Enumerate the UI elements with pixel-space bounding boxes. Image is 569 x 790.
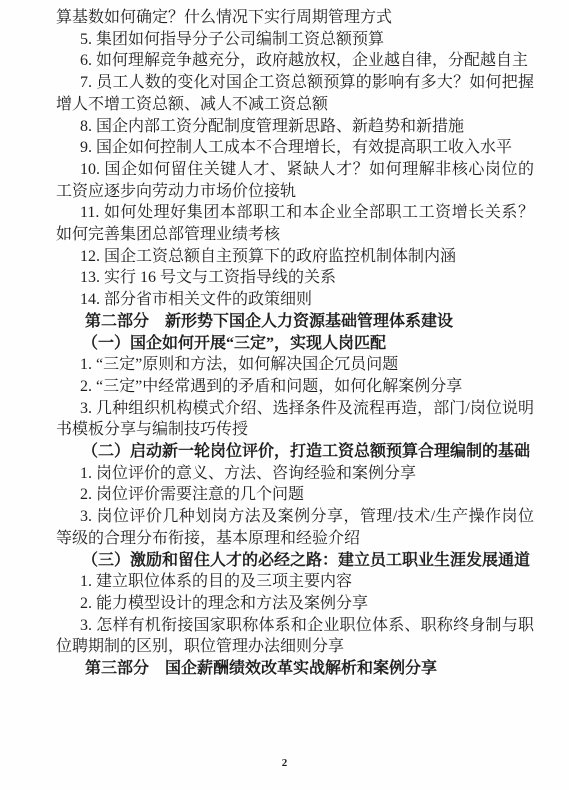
paragraph: 2. 能力模型设计的理念和方法及案例分享 bbox=[56, 593, 534, 615]
paragraph: 11. 如何处理好集团本部职工和本企业全部职工工资增长关系？如何完善集团总部管理… bbox=[56, 202, 534, 245]
paragraph: 6. 如何理解竞争越充分，政府越放权，企业越自律，分配越自主 bbox=[56, 50, 534, 72]
section-heading: （三）激励和留住人才的必经之路：建立员工职业生涯发展通道 bbox=[56, 550, 534, 572]
paragraph: 3. 岗位评价几种划岗方法及案例分享，管理/技术/生产操作岗位等级的合理分布衔接… bbox=[56, 506, 534, 549]
paragraph: 3. 几种组织机构模式介绍、选择条件及流程再造，部门/岗位说明书模板分享与编制技… bbox=[56, 398, 534, 441]
paragraph: 14. 部分省市相关文件的政策细则 bbox=[56, 289, 534, 311]
paragraph: 10. 国企如何留住关键人才、紧缺人才？如何理解非核心岗位的工资应逐步向劳动力市… bbox=[56, 159, 534, 202]
paragraph: 3. 怎样有机衔接国家职称体系和企业职位体系、职称终身制与职位聘期制的区别，职位… bbox=[56, 615, 534, 658]
document-page: 算基数如何确定？什么情况下实行周期管理方式5. 集团如何指导分子公司编制工资总额… bbox=[0, 0, 569, 790]
page-number: 2 bbox=[0, 757, 569, 769]
paragraph: 2. “三定”中经常遇到的矛盾和问题，如何化解案例分享 bbox=[56, 376, 534, 398]
paragraph: 9. 国企如何控制人工成本不合理增长，有效提高职工收入水平 bbox=[56, 137, 534, 159]
paragraph: 8. 国企内部工资分配制度管理新思路、新趋势和新措施 bbox=[56, 116, 534, 138]
section-heading: （一）国企如何开展“三定”，实现人岗匹配 bbox=[56, 333, 534, 355]
paragraph-list: 算基数如何确定？什么情况下实行周期管理方式5. 集团如何指导分子公司编制工资总额… bbox=[56, 7, 534, 680]
paragraph: 7. 员工人数的变化对国企工资总额预算的影响有多大？如何把握增人不增工资总额、减… bbox=[56, 72, 534, 115]
paragraph: 12. 国企工资总额自主预算下的政府监控机制体制内涵 bbox=[56, 246, 534, 268]
paragraph: 1. “三定”原则和方法，如何解决国企冗员问题 bbox=[56, 354, 534, 376]
section-heading: （二）启动新一轮岗位评价，打造工资总额预算合理编制的基础 bbox=[56, 441, 534, 463]
paragraph: 1. 岗位评价的意义、方法、咨询经验和案例分享 bbox=[56, 463, 534, 485]
section-heading: 第三部分 国企薪酬绩效改革实战解析和案例分享 bbox=[56, 658, 534, 680]
paragraph: 2. 岗位评价需要注意的几个问题 bbox=[56, 484, 534, 506]
paragraph: 5. 集团如何指导分子公司编制工资总额预算 bbox=[56, 29, 534, 51]
paragraph: 算基数如何确定？什么情况下实行周期管理方式 bbox=[56, 7, 534, 29]
paragraph: 13. 实行 16 号文与工资指导线的关系 bbox=[56, 267, 534, 289]
paragraph: 1. 建立职位体系的目的及三项主要内容 bbox=[56, 571, 534, 593]
document-body: 算基数如何确定？什么情况下实行周期管理方式5. 集团如何指导分子公司编制工资总额… bbox=[56, 7, 534, 680]
section-heading: 第二部分 新形势下国企人力资源基础管理体系建设 bbox=[56, 311, 534, 333]
